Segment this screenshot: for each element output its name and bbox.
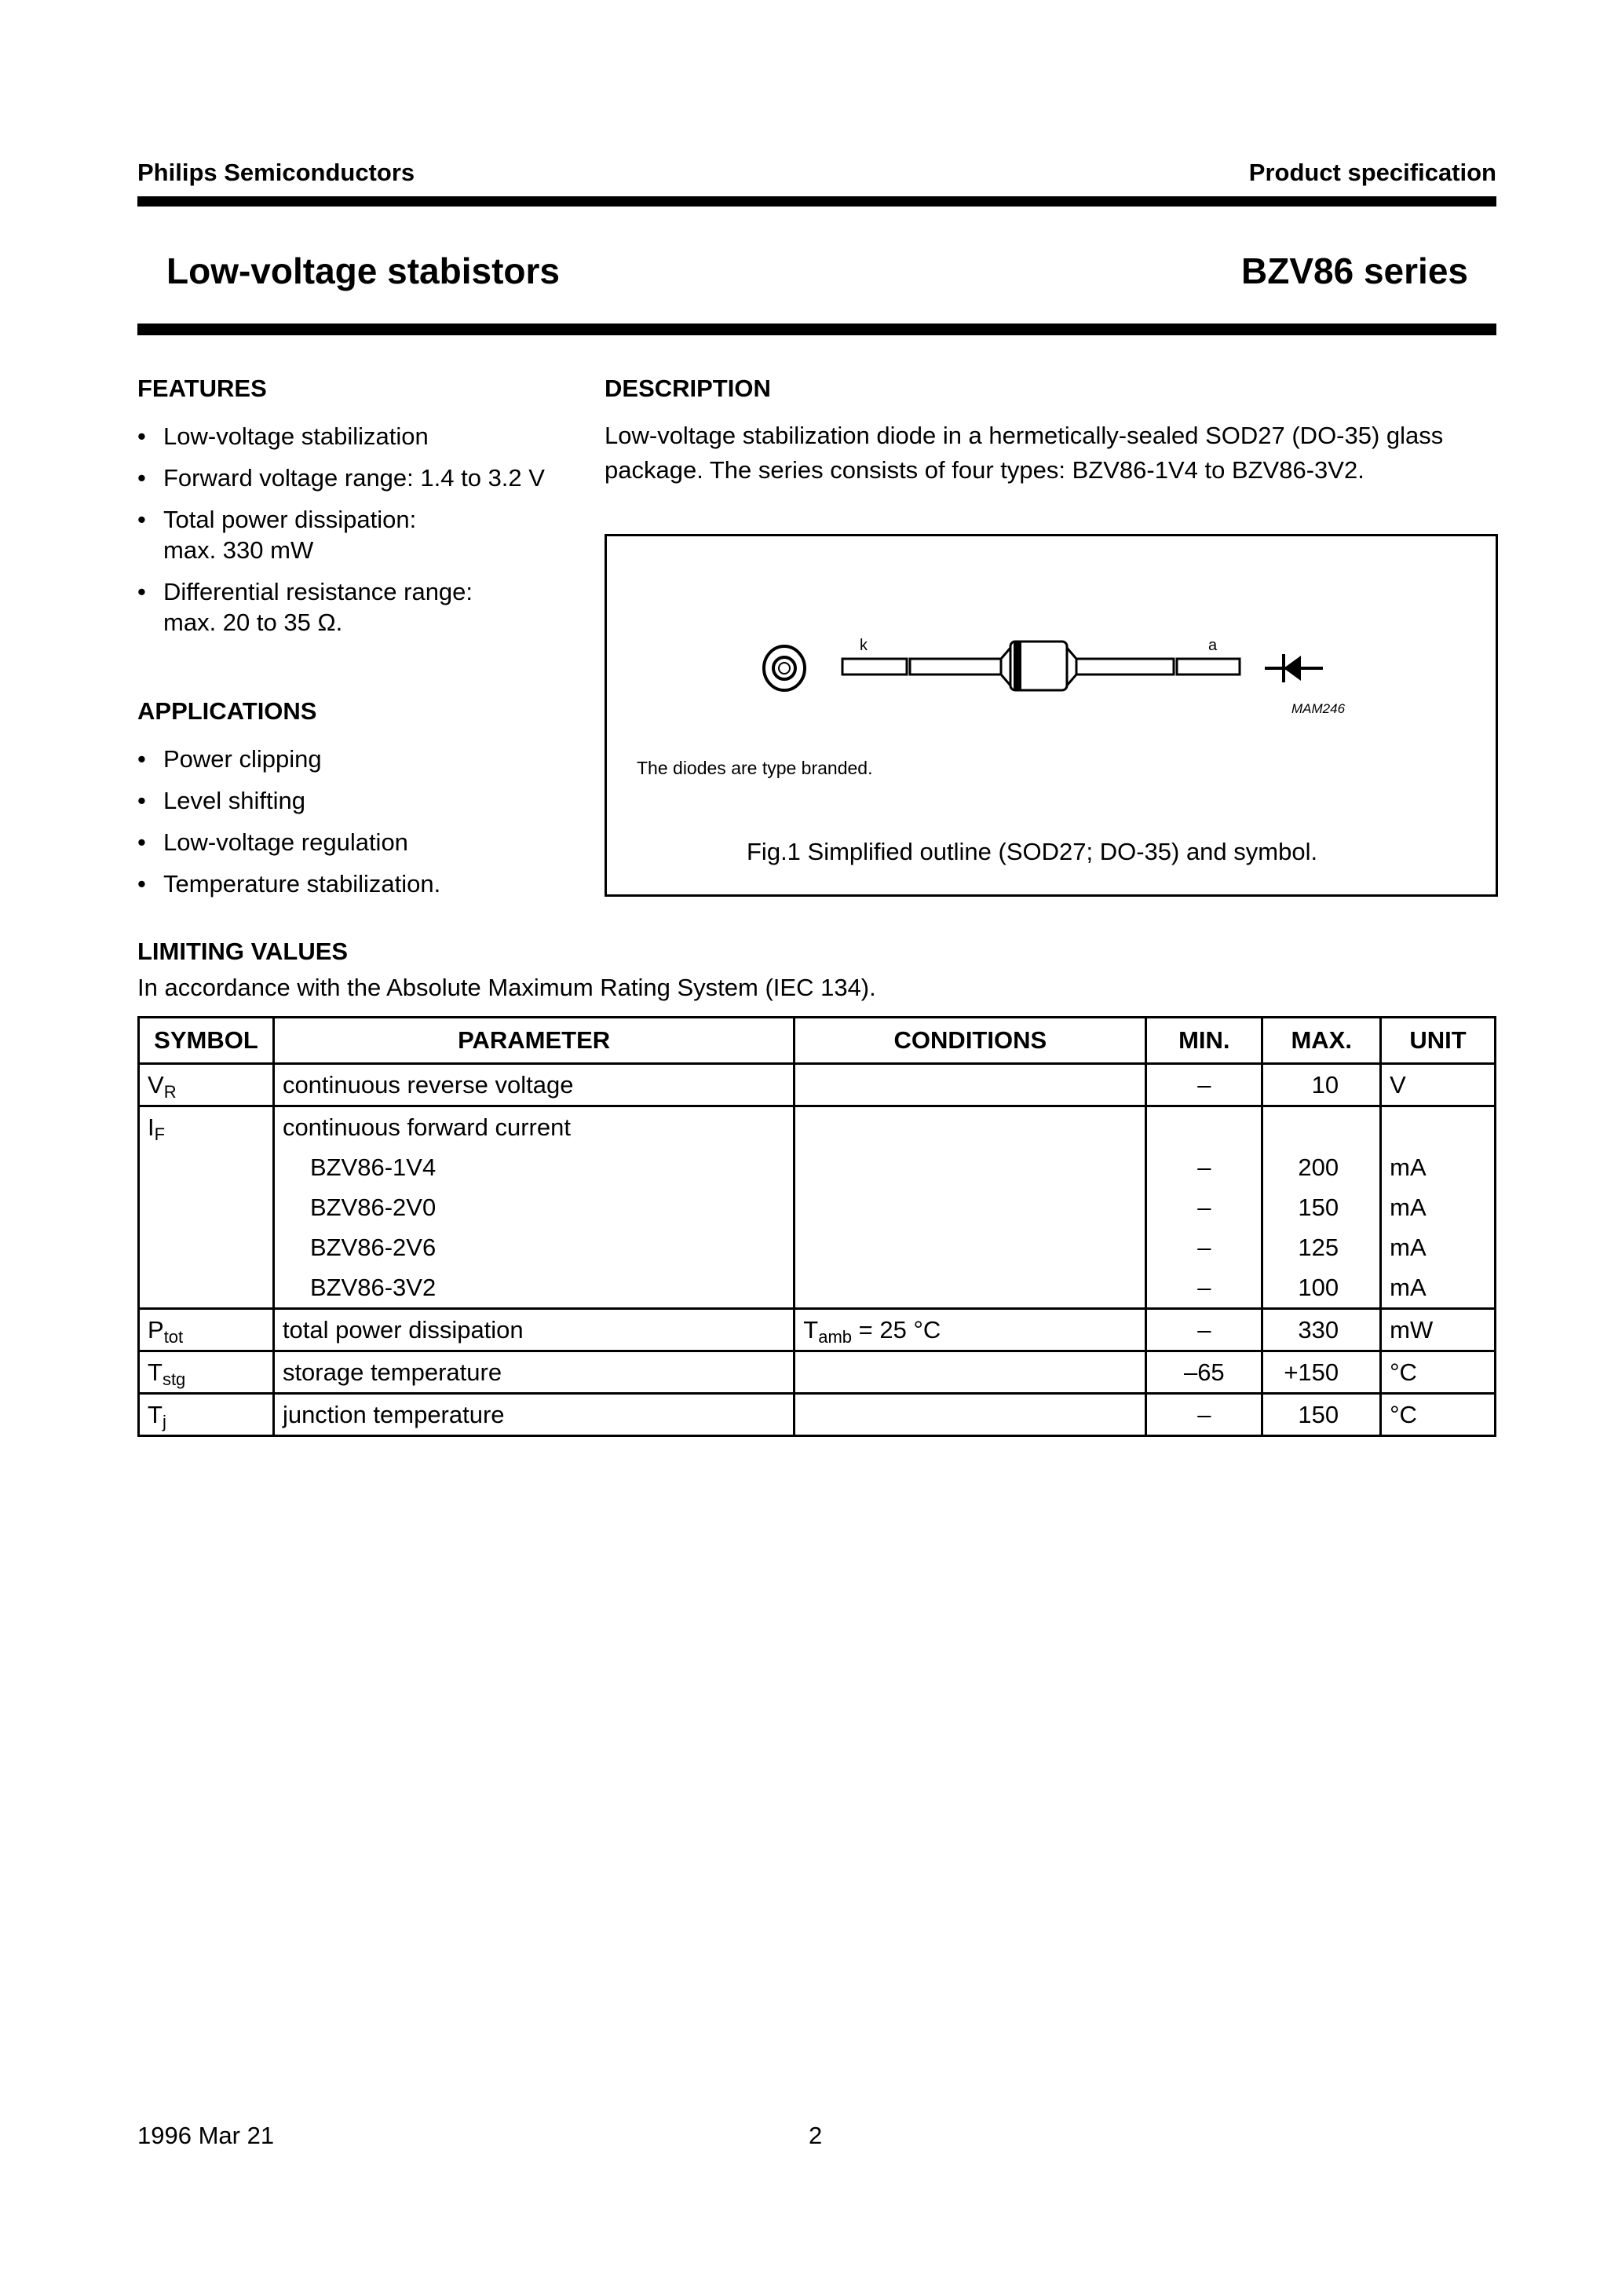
list-item: Low-voltage stabilization	[137, 421, 577, 452]
col-max: MAX.	[1262, 1018, 1381, 1064]
parameter-cell: continuous reverse voltage	[273, 1064, 794, 1106]
symbol-cell: Tstg	[139, 1351, 274, 1394]
min-cell: –	[1146, 1394, 1262, 1436]
col-parameter: PARAMETER	[273, 1018, 794, 1064]
unit-cell: mW	[1381, 1309, 1496, 1351]
unit-cell: °C	[1381, 1394, 1496, 1436]
header-rule	[137, 196, 1496, 207]
list-item: Temperature stabilization.	[137, 868, 577, 899]
min-cell: –	[1146, 1309, 1262, 1351]
parameter-cell: storage temperature	[273, 1351, 794, 1394]
page-number: 2	[809, 2122, 822, 2150]
max-cell: 150	[1262, 1394, 1381, 1436]
list-item: Low-voltage regulation	[137, 827, 577, 857]
min-cell: –65	[1146, 1351, 1262, 1394]
max-cell: +150	[1262, 1351, 1381, 1394]
limiting-values-heading: LIMITING VALUES	[137, 938, 348, 966]
max-cell: 200 150 125 100	[1262, 1106, 1381, 1309]
title-rule	[137, 324, 1496, 335]
max-cell: 330	[1262, 1309, 1381, 1351]
cathode-label: k	[860, 637, 868, 655]
company-name: Philips Semiconductors	[137, 159, 415, 187]
symbol-cell: VR	[139, 1064, 274, 1106]
min-cell: – – – –	[1146, 1106, 1262, 1309]
table-row: Tstg storage temperature –65 +150 °C	[139, 1351, 1496, 1394]
col-unit: UNIT	[1381, 1018, 1496, 1064]
parameter-cell: junction temperature	[273, 1394, 794, 1436]
limiting-values-subtitle: In accordance with the Absolute Maximum …	[137, 973, 876, 1003]
list-item: Forward voltage range: 1.4 to 3.2 V	[137, 462, 577, 493]
series-title: BZV86 series	[1241, 250, 1468, 292]
figure-caption: Fig.1 Simplified outline (SOD27; DO-35) …	[747, 838, 1317, 866]
list-item: Level shifting	[137, 785, 577, 816]
anode-label: a	[1208, 637, 1217, 655]
figure-note: The diodes are type branded.	[637, 758, 872, 779]
min-cell: –	[1146, 1064, 1262, 1106]
col-symbol: SYMBOL	[139, 1018, 274, 1064]
col-min: MIN.	[1146, 1018, 1262, 1064]
conditions-cell	[795, 1064, 1146, 1106]
description-heading: DESCRIPTION	[605, 375, 771, 403]
table-row: IF continuous forward current BZV86-1V4 …	[139, 1106, 1496, 1309]
footer-date: 1996 Mar 21	[137, 2122, 274, 2150]
features-heading: FEATURES	[137, 375, 267, 403]
applications-heading: APPLICATIONS	[137, 697, 317, 726]
symbol-cell: Ptot	[139, 1309, 274, 1351]
limiting-values-table: SYMBOL PARAMETER CONDITIONS MIN. MAX. UN…	[137, 1016, 1496, 1437]
list-item: Total power dissipation:max. 330 mW	[137, 504, 577, 565]
symbol-cell: Tj	[139, 1394, 274, 1436]
document-type: Product specification	[1249, 159, 1496, 187]
features-list: Low-voltage stabilization Forward voltag…	[137, 421, 577, 649]
max-cell: 10	[1262, 1064, 1381, 1106]
conditions-cell: Tamb = 25 °C	[795, 1309, 1146, 1351]
list-item: Differential resistance range:max. 20 to…	[137, 576, 577, 638]
symbol-cell: IF	[139, 1106, 274, 1309]
conditions-cell	[795, 1351, 1146, 1394]
list-item: Power clipping	[137, 744, 577, 774]
conditions-cell	[795, 1106, 1146, 1309]
parameter-cell: continuous forward current BZV86-1V4 BZV…	[273, 1106, 794, 1309]
page-title: Low-voltage stabistors	[166, 250, 560, 292]
applications-list: Power clipping Level shifting Low-voltag…	[137, 744, 577, 910]
figure-code: MAM246	[1291, 701, 1345, 717]
col-conditions: CONDITIONS	[795, 1018, 1146, 1064]
table-row: Tj junction temperature – 150 °C	[139, 1394, 1496, 1436]
table-header-row: SYMBOL PARAMETER CONDITIONS MIN. MAX. UN…	[139, 1018, 1496, 1064]
parameter-cell: total power dissipation	[273, 1309, 794, 1351]
conditions-cell	[795, 1394, 1146, 1436]
description-text: Low-voltage stabilization diode in a her…	[605, 421, 1500, 485]
unit-cell: mA mA mA mA	[1381, 1106, 1496, 1309]
table-row: VR continuous reverse voltage – 10 V	[139, 1064, 1496, 1106]
unit-cell: °C	[1381, 1351, 1496, 1394]
unit-cell: V	[1381, 1064, 1496, 1106]
figure-box: k a MAM246 The diodes are type branded. …	[605, 534, 1498, 897]
table-row: Ptot total power dissipation Tamb = 25 °…	[139, 1309, 1496, 1351]
